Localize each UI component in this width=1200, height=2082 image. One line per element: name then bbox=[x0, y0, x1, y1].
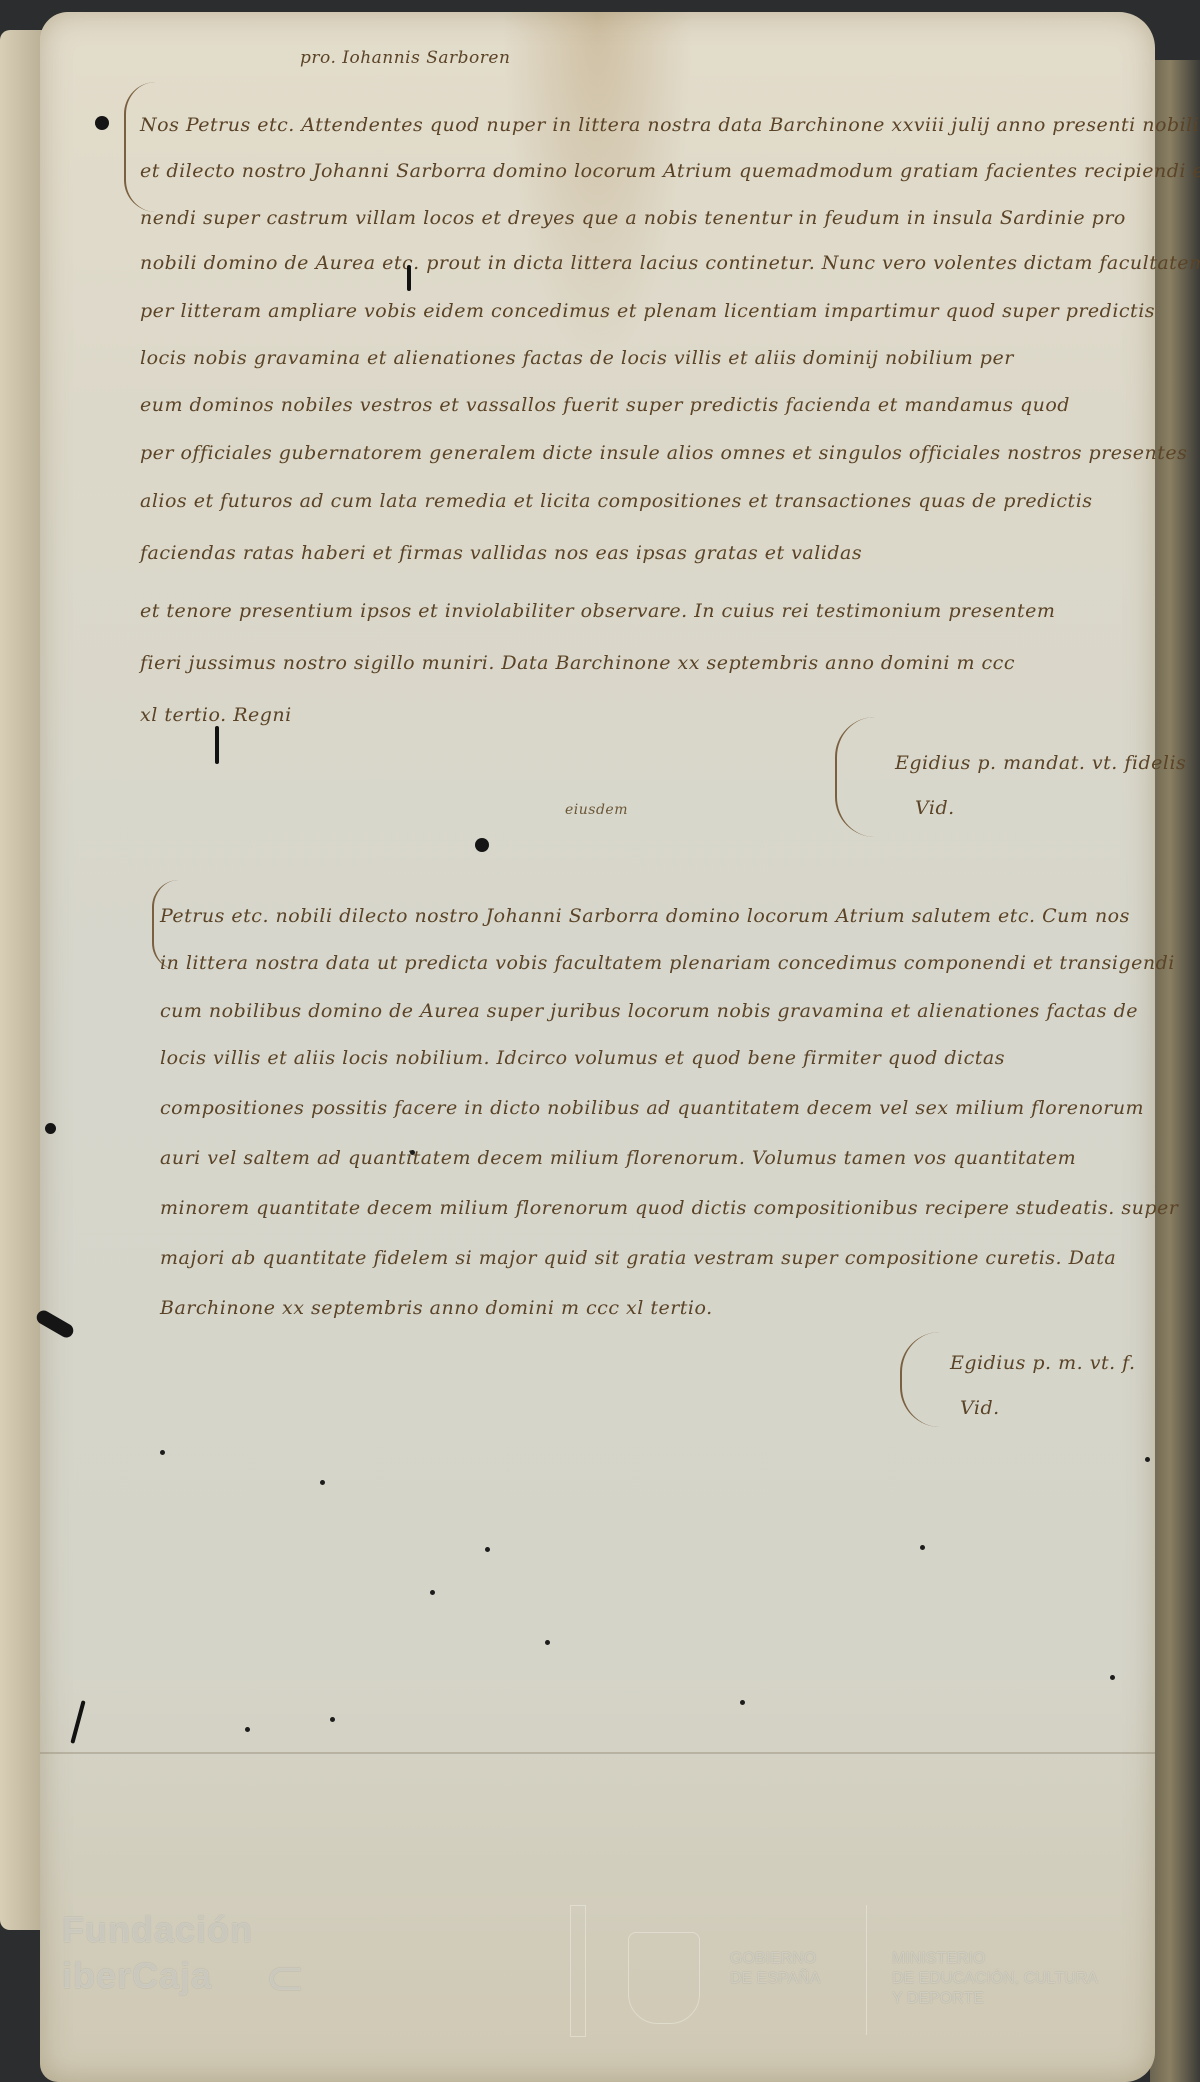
spain-coat-of-arms-icon bbox=[628, 1932, 700, 2024]
entry2-line: Barchinone xx septembris anno domini m c… bbox=[160, 1297, 713, 1319]
book-binding-right bbox=[1150, 60, 1200, 2082]
entry2-line: minorem quantitate decem milium florenor… bbox=[160, 1197, 1178, 1219]
entry1-line: locis nobis gravamina et alienationes fa… bbox=[140, 347, 1014, 369]
manuscript-page: pro. Iohannis Sarboren Nos Petrus etc. A… bbox=[40, 12, 1155, 2082]
entry2-line: majori ab quantitate fidelem si major qu… bbox=[160, 1247, 1116, 1269]
wormhole-small bbox=[410, 1150, 415, 1155]
entry1-line: alios et futuros ad cum lata remedia et … bbox=[140, 490, 1093, 512]
entry1-line: fieri jussimus nostro sigillo muniri. Da… bbox=[140, 652, 1015, 674]
wormhole-small bbox=[160, 1450, 165, 1455]
ibercaja-logo-icon: ⊂ bbox=[265, 1950, 305, 2006]
watermark-ibercaja: iberCaja bbox=[62, 1955, 212, 1997]
entry1-bracket bbox=[124, 82, 156, 212]
entry2-line: in littera nostra data ut predicta vobis… bbox=[160, 952, 1175, 974]
entry1-line: nendi super castrum villam locos et drey… bbox=[140, 207, 1126, 229]
ink-blot bbox=[407, 265, 411, 291]
watermark-fundacion: Fundación bbox=[62, 1909, 253, 1951]
entry1-signature: Egidius p. mandat. vt. fidelis Vid. bbox=[835, 717, 1135, 837]
entry1-line: nobili domino de Aurea etc. prout in dic… bbox=[140, 252, 1200, 274]
wormhole bbox=[475, 838, 489, 852]
entry1-line: eum dominos nobiles vestros et vassallos… bbox=[140, 394, 1070, 416]
ink-blot bbox=[215, 726, 219, 764]
wormhole-small bbox=[920, 1545, 925, 1550]
top-heading: pro. Iohannis Sarboren bbox=[300, 48, 510, 68]
book-left-edge bbox=[0, 30, 45, 1930]
wormhole-small bbox=[245, 1727, 250, 1732]
margin-note-eiusdem: eiusdem bbox=[565, 802, 628, 818]
entry1-line: per litteram ampliare vobis eidem conced… bbox=[140, 300, 1155, 322]
entry2-signature: Egidius p. m. vt. f. Vid. bbox=[900, 1332, 1140, 1442]
signature-vid: Vid. bbox=[960, 1397, 1000, 1419]
watermark-educacion-cultura: DE EDUCACIÓN, CULTURA bbox=[892, 1969, 1098, 1988]
wormhole bbox=[95, 116, 109, 130]
wormhole-small bbox=[320, 1480, 325, 1485]
entry1-line: et tenore presentium ipsos et inviolabil… bbox=[140, 600, 1055, 622]
entry2-line: locis villis et aliis locis nobilium. Id… bbox=[160, 1047, 1005, 1069]
wormhole-small bbox=[485, 1547, 490, 1552]
wormhole bbox=[45, 1123, 56, 1134]
signature-vid: Vid. bbox=[915, 797, 955, 819]
entry1-line: per officiales gubernatorem generalem di… bbox=[140, 442, 1187, 464]
wormhole-small bbox=[1110, 1675, 1115, 1680]
entry1-line: xl tertio. Regni bbox=[140, 704, 292, 726]
spain-flag-bar-icon bbox=[570, 1905, 586, 2037]
entry2-line: auri vel saltem ad quantitatem decem mil… bbox=[160, 1147, 1076, 1169]
watermark-deporte: Y DEPORTE bbox=[892, 1989, 984, 2008]
entry1-line: Nos Petrus etc. Attendentes quod nuper i… bbox=[140, 114, 1199, 136]
signature-flourish bbox=[900, 1332, 952, 1427]
watermark-de-espana: DE ESPAÑA bbox=[730, 1969, 820, 1988]
watermark-divider bbox=[866, 1905, 867, 2035]
watermark-ministerio: MINISTERIO bbox=[892, 1949, 985, 1968]
entry1-line: faciendas ratas haberi et firmas vallida… bbox=[140, 542, 862, 564]
entry1-line: et dilecto nostro Johanni Sarborra domin… bbox=[140, 160, 1200, 182]
wormhole-small bbox=[740, 1700, 745, 1705]
wormhole-small bbox=[1145, 1457, 1150, 1462]
signature-text: Egidius p. m. vt. f. bbox=[950, 1352, 1136, 1374]
watermark-gobierno: GOBIERNO bbox=[730, 1949, 816, 1968]
entry2-line: cum nobilibus domino de Aurea super juri… bbox=[160, 1000, 1138, 1022]
entry2-line: Petrus etc. nobili dilecto nostro Johann… bbox=[160, 905, 1130, 927]
wormhole-small bbox=[430, 1590, 435, 1595]
wormhole-small bbox=[330, 1717, 335, 1722]
signature-text: Egidius p. mandat. vt. fidelis bbox=[895, 752, 1186, 774]
page-fold-line bbox=[40, 1752, 1155, 1754]
wormhole-small bbox=[545, 1640, 550, 1645]
signature-flourish bbox=[835, 717, 897, 837]
entry2-line: compositiones possitis facere in dicto n… bbox=[160, 1097, 1144, 1119]
